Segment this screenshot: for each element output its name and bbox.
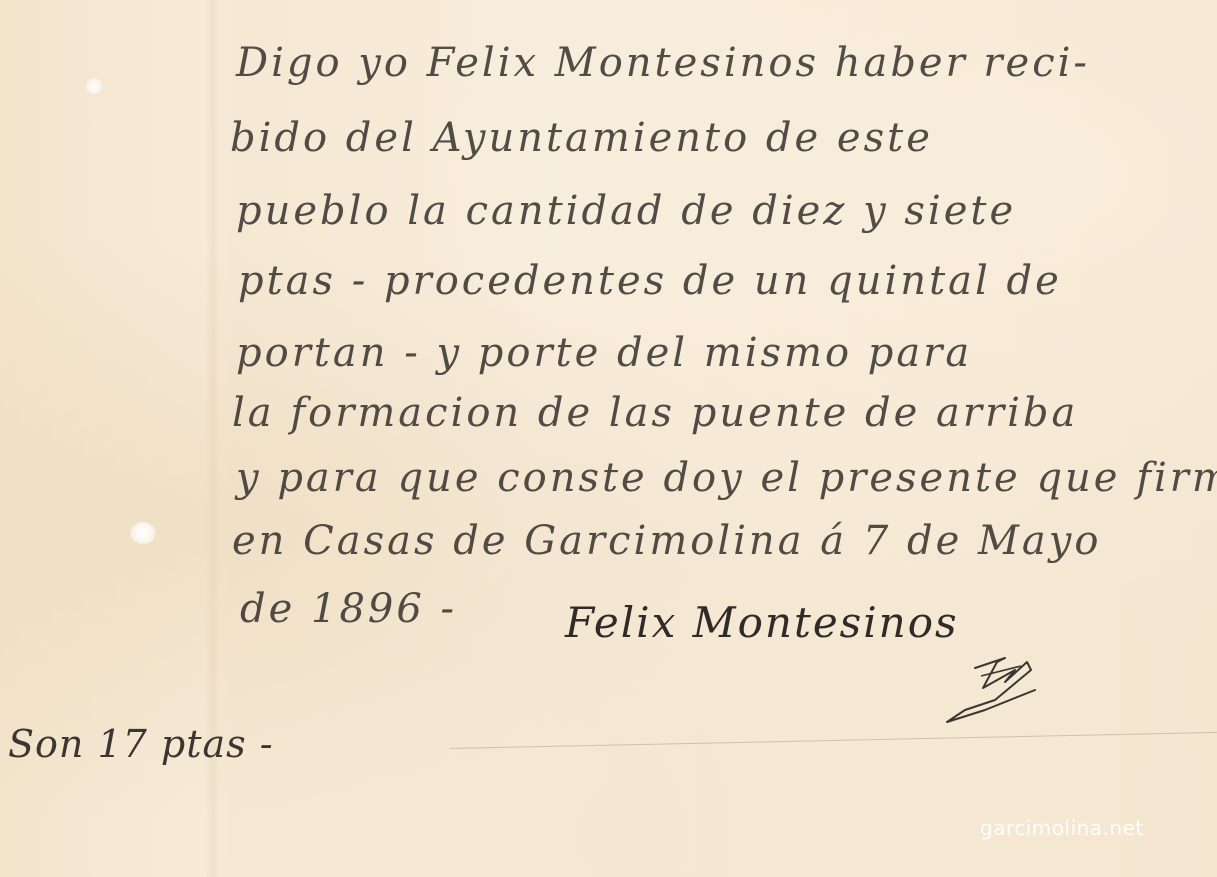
body-line: pueblo la cantidad de diez y siete <box>236 188 1016 234</box>
body-line-date: de 1896 - <box>240 586 457 632</box>
margin-note-amount: Son 17 ptas - <box>8 722 274 766</box>
body-line: en Casas de Garcimolina á 7 de Mayo <box>232 518 1101 564</box>
body-line: Digo yo Felix Montesinos haber reci- <box>236 40 1090 86</box>
watermark: garcimolina.net <box>980 816 1144 840</box>
body-line: y para que conste doy el presente que fi… <box>236 455 1217 501</box>
signature: Felix Montesinos <box>565 598 959 647</box>
body-line: bido del Ayuntamiento de este <box>230 115 933 161</box>
body-line: la formacion de las puente de arriba <box>232 390 1078 436</box>
body-line: ptas - procedentes de un quintal de <box>238 258 1062 304</box>
pin-hole <box>130 522 156 544</box>
body-line: portan - y porte del mismo para <box>236 330 972 376</box>
pin-hole <box>86 78 102 94</box>
signature-flourish-icon <box>935 640 1075 730</box>
